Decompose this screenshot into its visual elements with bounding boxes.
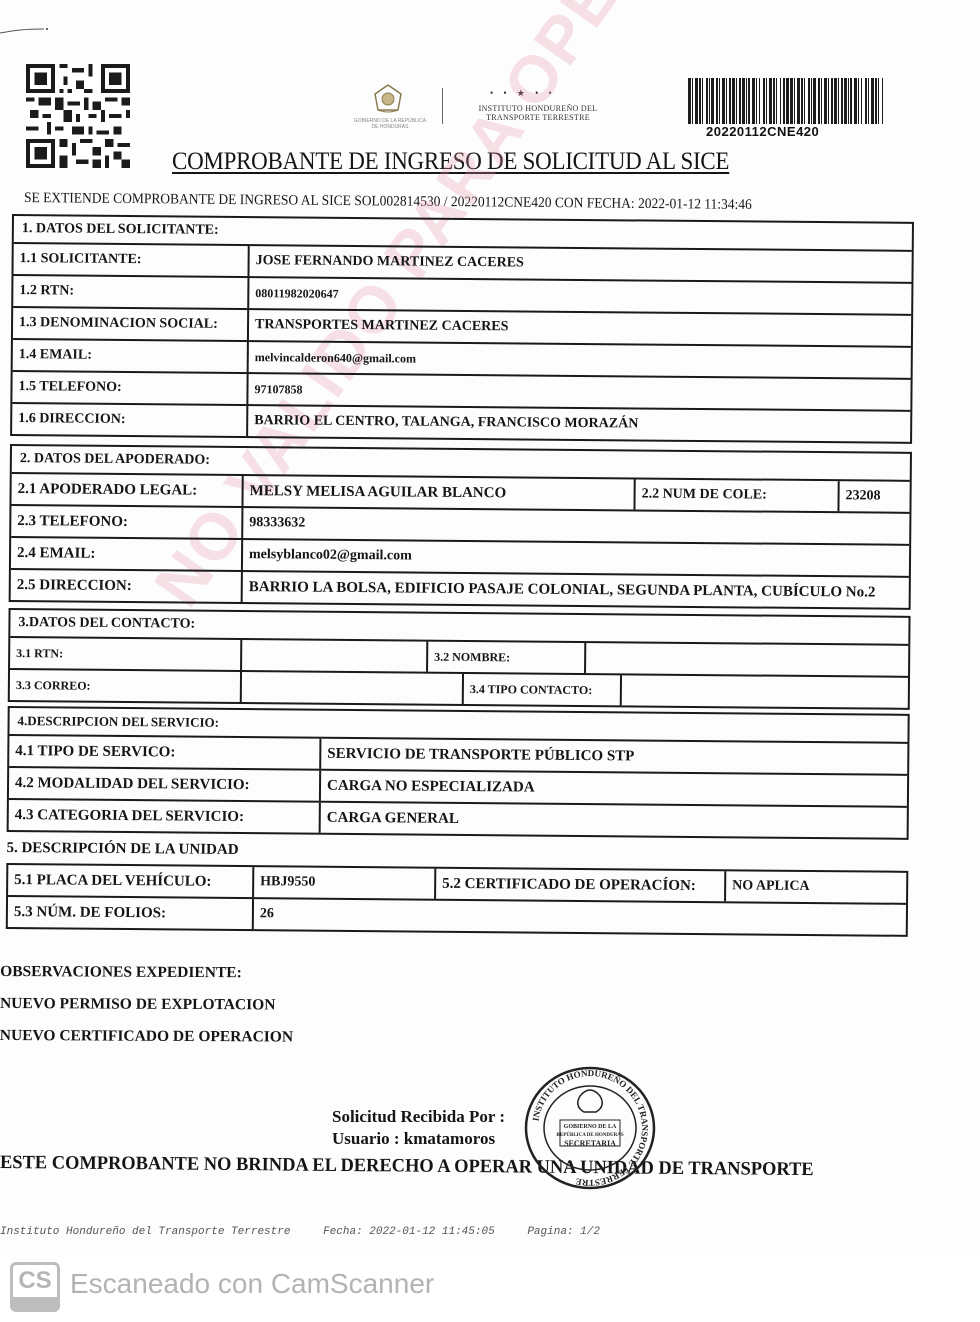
warning-text: ESTE COMPROBANTE NO BRINDA EL DERECHO A … (0, 1152, 814, 1181)
stamp-inner-2: REPÚBLICA DE HONDURAS (556, 1132, 623, 1138)
field-label: 3.2 NOMBRE: (428, 642, 586, 673)
institution-name: INSTITUTO HONDUREÑO DEL TRANSPORTE TERRE… (448, 104, 628, 122)
receipt-subline: SE EXTIENDE COMPROBANTE DE INGRESO AL SI… (24, 190, 752, 214)
print-footer: Instituto Hondureño del Transporte Terre… (0, 1226, 626, 1238)
observaciones-title: OBSERVACIONES EXPEDIENTE: (0, 956, 293, 990)
field-label: 5.2 CERTIFICADO DE OPERACÍON: (436, 869, 726, 902)
field-label: 3.4 TIPO CONTACTO: (464, 674, 622, 705)
stamp-inner-3: SECRETARIA (564, 1139, 616, 1148)
field-label: 3.1 RTN: (10, 638, 242, 670)
stamp-inner-1: GOBIERNO DE LA (564, 1124, 617, 1130)
field-value (622, 675, 908, 707)
field-label: 2.1 APODERADO LEGAL: (11, 474, 243, 506)
camscanner-logo-icon: CS (10, 1262, 60, 1312)
field-value (586, 643, 908, 676)
field-label: 5.3 NÚM. DE FOLIOS: (8, 897, 254, 929)
footer-institution: Instituto Hondureño del Transporte Terre… (0, 1226, 290, 1238)
stars-icon: • • ★ • • (490, 88, 556, 99)
received-user: Usuario : kmatamoros (332, 1128, 505, 1150)
barcode-number: 20220112CNE420 (706, 124, 819, 139)
reception-block: Solicitud Recibida Por : Usuario : kmata… (332, 1106, 505, 1150)
field-label: 1.4 EMAIL: (13, 340, 249, 372)
field-value (242, 672, 464, 704)
field-value: 97107858 (248, 374, 308, 405)
qr-code (26, 64, 130, 168)
scanner-caption: Escaneado con CamScanner (70, 1268, 434, 1300)
field-label: 2.4 EMAIL: (11, 538, 243, 570)
field-value: 23208 (839, 481, 909, 512)
field-value: 08011982020647 (249, 278, 345, 309)
observaciones: OBSERVACIONES EXPEDIENTE: NUEVO PERMISO … (0, 956, 293, 1054)
barcode (688, 78, 883, 124)
field-value: BARRIO LA BOLSA, EDIFICIO PASAJE COLONIA… (243, 572, 882, 608)
footer-page: Pagina: 1/2 (527, 1226, 600, 1238)
field-value: HBJ9550 (254, 867, 436, 899)
field-label: 1.1 SOLICITANTE: (13, 244, 249, 276)
field-value: MELSY MELISA AGUILAR BLANCO (243, 476, 635, 509)
field-value: JOSE FERNANDO MARTINEZ CACERES (249, 246, 530, 278)
footer-date: Fecha: 2022-01-12 11:45:05 (323, 1226, 495, 1238)
form: 1. DATOS DEL SOLICITANTE: 1.1 SOLICITANT… (6, 216, 914, 937)
field-label: 4.3 CATEGORIA DEL SERVICIO: (9, 800, 321, 833)
scanner-watermark: CS Escaneado con CamScanner (0, 1250, 980, 1322)
field-value: NO APLICA (726, 871, 906, 903)
section-solicitante: 1. DATOS DEL SOLICITANTE: 1.1 SOLICITANT… (10, 214, 914, 444)
field-value: SERVICIO DE TRANSPORTE PÚBLICO STP (321, 739, 640, 772)
section-servicio: 4.DESCRIPCION DEL SERVICIO: 4.1 TIPO DE … (7, 706, 910, 840)
field-label: 5.1 PLACA DEL VEHÍCULO: (8, 865, 254, 897)
table-row: 4.3 CATEGORIA DEL SERVICIO: CARGA GENERA… (9, 800, 907, 838)
section-contacto: 3.DATOS DEL CONTACTO: 3.1 RTN: 3.2 NOMBR… (8, 608, 911, 710)
field-label: 2.3 TELEFONO: (11, 506, 243, 538)
field-value: 98333632 (243, 508, 311, 539)
page-title: COMPROBANTE DE INGRESO DE SOLICITUD AL S… (172, 148, 729, 176)
crest-caption: GOBIERNO DE LA REPÚBLICA DE HONDURAS (350, 118, 430, 130)
field-value: 26 (254, 899, 906, 935)
institution-logo: GOBIERNO DE LA REPÚBLICA DE HONDURAS • •… (350, 82, 620, 134)
field-label: 3.3 CORREO: (10, 670, 242, 702)
field-label: 2.5 DIRECCION: (11, 570, 243, 602)
field-value: CARGA GENERAL (321, 803, 465, 834)
logo-divider (442, 88, 443, 124)
table-row: 1.6 DIRECCION: BARRIO EL CENTRO, TALANGA… (12, 404, 910, 442)
field-label: 4.1 TIPO DE SERVICO: (9, 736, 321, 769)
observacion-line: NUEVO PERMISO DE EXPLOTACION (0, 988, 293, 1022)
field-value: TRANSPORTES MARTINEZ CACERES (249, 310, 515, 342)
table-row: 5.3 NÚM. DE FOLIOS: 26 (8, 897, 906, 935)
field-label: 1.5 TELEFONO: (12, 372, 248, 404)
pen-mark (0, 28, 48, 34)
table-row: 2.5 DIRECCION: BARRIO LA BOLSA, EDIFICIO… (11, 570, 909, 608)
section-apoderado: 2. DATOS DEL APODERADO: 2.1 APODERADO LE… (9, 444, 912, 610)
field-label: 1.2 RTN: (13, 276, 249, 308)
field-label: 1.3 DENOMINACION SOCIAL: (13, 308, 249, 340)
received-by: Solicitud Recibida Por : (332, 1106, 505, 1128)
field-value (242, 640, 428, 672)
field-label: 2.2 NUM DE COLE: (635, 479, 839, 511)
section-unidad: 5.1 PLACA DEL VEHÍCULO: HBJ9550 5.2 CERT… (6, 863, 909, 937)
field-value: melsyblanco02@gmail.com (243, 540, 418, 572)
table-row: 3.3 CORREO: 3.4 TIPO CONTACTO: (10, 670, 908, 708)
field-value: BARRIO EL CENTRO, TALANGA, FRANCISCO MOR… (248, 406, 644, 439)
official-stamp-icon: INSTITUTO HONDUREÑO DEL TRANSPORTE TERRE… (520, 1064, 660, 1192)
field-label: 1.6 DIRECCION: (12, 404, 248, 436)
field-label: 4.2 MODALIDAD DEL SERVICIO: (9, 768, 321, 801)
observacion-line: NUEVO CERTIFICADO DE OPERACION (0, 1020, 293, 1054)
coat-of-arms-icon (370, 84, 406, 114)
field-value: melvincalderon640@gmail.com (249, 342, 423, 374)
field-value: CARGA NO ESPECIALIZADA (321, 771, 541, 803)
